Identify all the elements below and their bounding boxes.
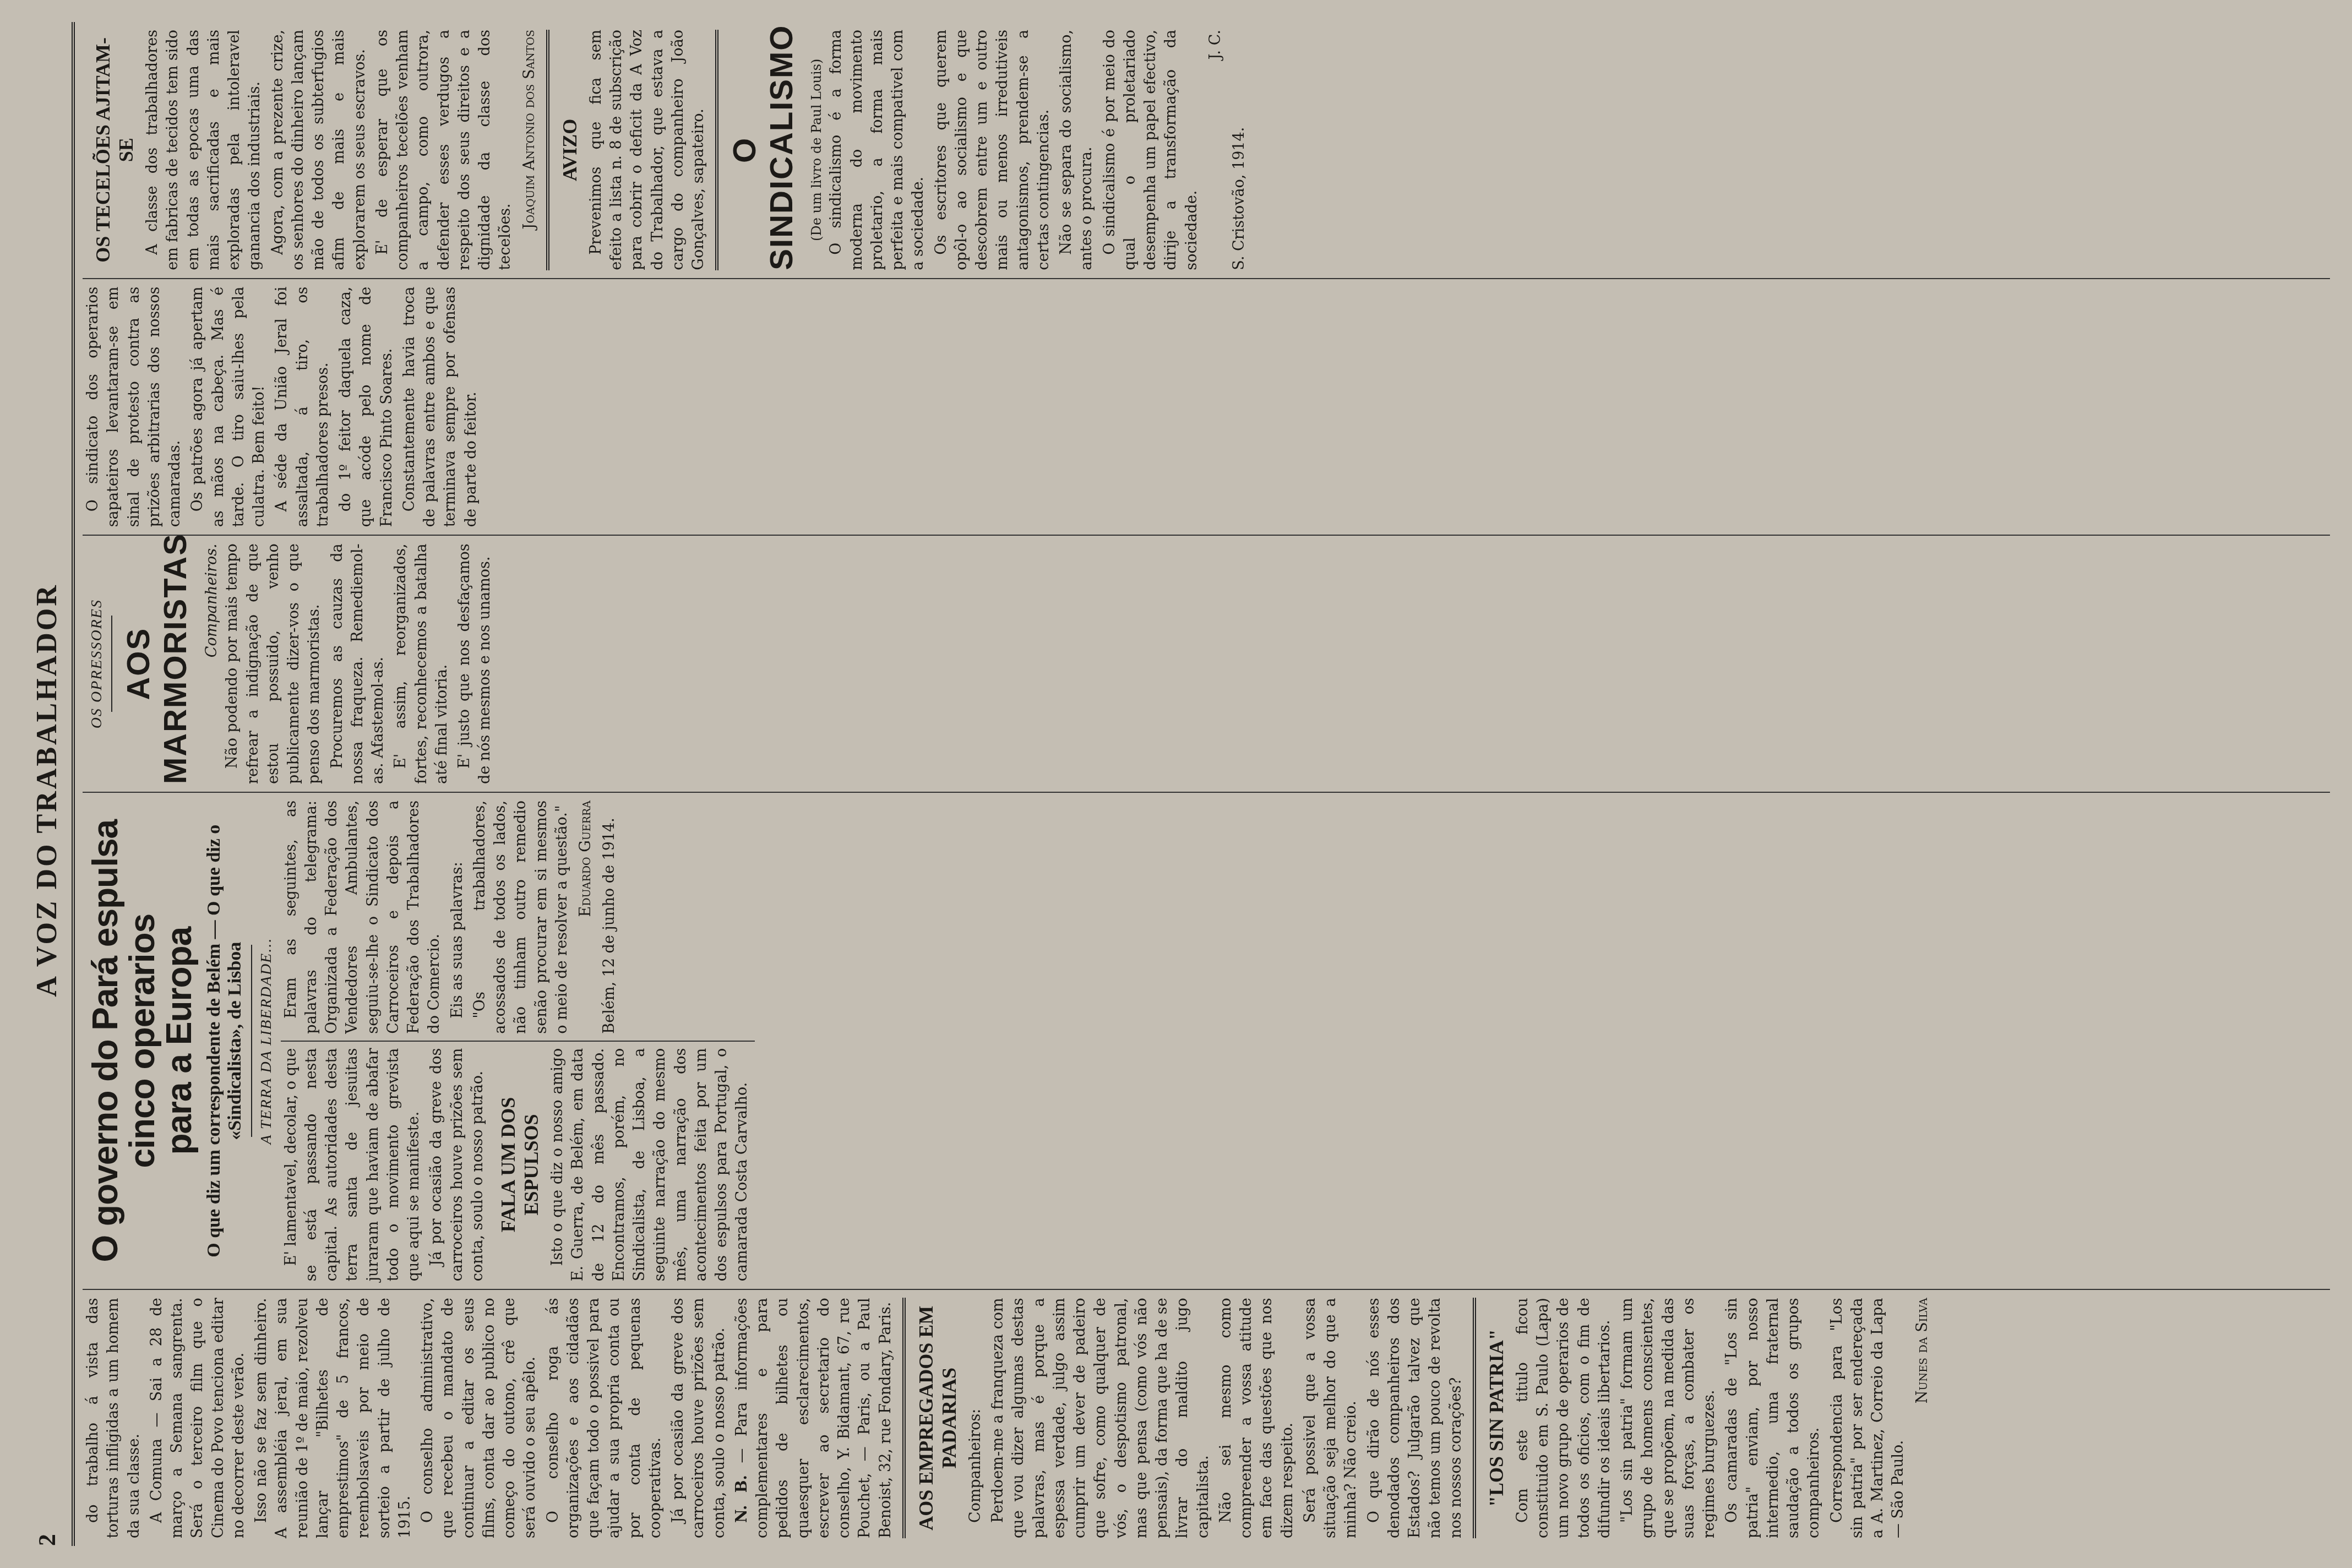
paragraph: Companheiros: <box>965 1298 986 1538</box>
paragraph: Prevenimos que fica sem efeito a lista n… <box>586 30 709 270</box>
headline-line: O governo do Pará espulsa cinco operario… <box>87 801 161 1281</box>
paragraph: A Comuna — Sai a 28 de março a Semana sa… <box>146 1298 249 1538</box>
section-title-padarias: AOS EMPREGADOS EM PADARIAS <box>914 1298 961 1538</box>
kicker: A TERRA DA LIBERDADE... <box>258 801 275 1281</box>
columns: do trabalho á vista das torturas infligi… <box>83 22 2330 1546</box>
paragraph: Isto o que diz o nosso amigo E. Guerra, … <box>547 1048 753 1282</box>
paragraph: E' assim, reorganizados, fortes, reconhe… <box>390 543 452 784</box>
paragraph: Não podendo por mais tempo refrear a ind… <box>222 543 324 784</box>
paragraph: Eis as suas palavras: <box>447 801 467 1034</box>
paragraph: do 1º feitor daquela caza, que acóde pel… <box>335 287 397 527</box>
paragraph: O sindicalismo é a forma moderna do movi… <box>826 30 928 270</box>
note-text: Para informações complementares e para p… <box>733 1298 894 1538</box>
paragraph: Os patrões agora já apertam as mãos na c… <box>187 287 269 527</box>
kicker: OS OPRESSORES <box>88 543 106 784</box>
section-subtitle: (De um livro de Paul Louis) <box>808 30 826 270</box>
paragraph: E' justo que nos desfaçamos de nós mesmo… <box>454 543 496 784</box>
paragraph: Já por ocasião da greve dos carroceiros … <box>426 1048 488 1282</box>
column-marmoristas: OS OPRESSORES AOS MARMORISTAS Companheir… <box>83 535 2330 792</box>
paragraph: E' de esperar que os companheiros tecelõ… <box>372 30 516 270</box>
sub-title: FALA UM DOS ESPULSOS <box>497 1048 543 1282</box>
section-title-sin-patria: "LOS SIN PATRIA" <box>1485 1298 1508 1538</box>
paragraph: A séde da União Jeral foi assaltada, á t… <box>271 287 333 527</box>
paragraph: O conselho roga ás organizações e aos ci… <box>543 1298 666 1538</box>
section-title-teceloes: OS TECELÕES AJITAM-SE <box>91 30 138 270</box>
divider <box>1473 1298 1476 1538</box>
paragraph: Os camaradas de "Los sin patria" enviam,… <box>1722 1298 1824 1538</box>
section-title-avizo: AVIZO <box>558 30 581 270</box>
paragraph: Com este titulo ficou constituido em S. … <box>1512 1298 1615 1538</box>
paragraph: Correspondencia para "Los sin patria" po… <box>1827 1298 1909 1538</box>
paragraph: "Os trabalhadores, acossados de todos os… <box>470 801 572 1034</box>
paragraph: Eram as seguintes, as palavras do telegr… <box>281 801 445 1034</box>
paragraph: Já por ocasião da greve dos carroceiros … <box>668 1298 729 1538</box>
headline-line: para a Europa <box>161 801 198 1281</box>
paragraph: Não se separa do socialismo, antes o pro… <box>1056 30 1097 270</box>
lead-story: O governo do Pará espulsa cinco operario… <box>83 792 2330 1289</box>
page-number: 2 <box>33 1534 61 1546</box>
paragraph: Os escritores que querem opôl-o ao socia… <box>931 30 1054 270</box>
divider <box>111 616 112 712</box>
signature: Nunes da Silva <box>1912 1298 1932 1538</box>
paragraph: Agora, com a prezente crize, os senhores… <box>268 30 370 270</box>
divider <box>251 945 252 1137</box>
paragraph: Constantemente havia troca de palavras e… <box>399 287 481 527</box>
paragraph: Isso não se faz sem dinheiro. A assemblé… <box>251 1298 415 1538</box>
paragraph: A classe dos trabalhadores em fabricas d… <box>142 30 265 270</box>
paragraph: do trabalho á vista das torturas infligi… <box>83 1298 144 1538</box>
section-title-marmoristas: AOS MARMORISTAS <box>120 543 194 784</box>
note-title: N. B. <box>733 1475 750 1523</box>
paper-title: A VOZ DO TRABALHADOR <box>31 583 63 997</box>
paragraph: Será possivel que a vossa situação seja … <box>1300 1298 1362 1538</box>
salutation: Companheiros. <box>202 543 222 784</box>
divider <box>902 1298 906 1538</box>
dateline: S. Cristovão, 1914. <box>1229 30 1249 270</box>
paragraph: O que dirão de nós esses denodados compa… <box>1364 1298 1466 1538</box>
signature: J. C. <box>1205 30 1226 270</box>
paragraph: Procuremos as cauzas da nossa fraqueza. … <box>327 543 389 784</box>
column-1: do trabalho á vista das torturas infligi… <box>83 1289 2330 1546</box>
column-right: OS TECELÕES AJITAM-SE A classe dos traba… <box>83 22 2330 278</box>
paragraph: O conselho administrativo, que recebeu o… <box>417 1298 541 1538</box>
divider <box>546 30 549 270</box>
masthead: 2 A VOZ DO TRABALHADOR <box>22 22 75 1546</box>
paragraph: O sindicalismo é por meio do qual o prol… <box>1099 30 1202 270</box>
column-greve: O sindicato dos operarios sapateiros lev… <box>83 278 2330 535</box>
signature: Eduardo Guerra <box>575 801 596 1034</box>
lead-headline: O governo do Pará espulsa cinco operario… <box>87 801 198 1281</box>
section-title-sindicalismo: O SINDICALISMO <box>726 30 800 270</box>
signature: Joaquim Antonio dos Santos <box>519 30 540 270</box>
paragraph: O sindicato dos operarios sapateiros lev… <box>83 287 185 527</box>
divider <box>715 30 718 270</box>
dateline: Belém, 12 de junho de 1914. <box>599 801 619 1034</box>
lead-deck: O que diz um correspondente de Belém — O… <box>204 801 246 1281</box>
paragraph: Não sei mesmo como compreender a vossa a… <box>1216 1298 1298 1538</box>
newspaper-page: 2 A VOZ DO TRABALHADOR do trabalho á vis… <box>0 0 2352 1568</box>
paragraph: E' lamentavel, decolar, o que se está pa… <box>281 1048 424 1282</box>
paragraph: Perdoem-me a franqueza com que vou dizer… <box>988 1298 1213 1538</box>
paragraph: "Los sin patria" formam um grupo de home… <box>1617 1298 1719 1538</box>
